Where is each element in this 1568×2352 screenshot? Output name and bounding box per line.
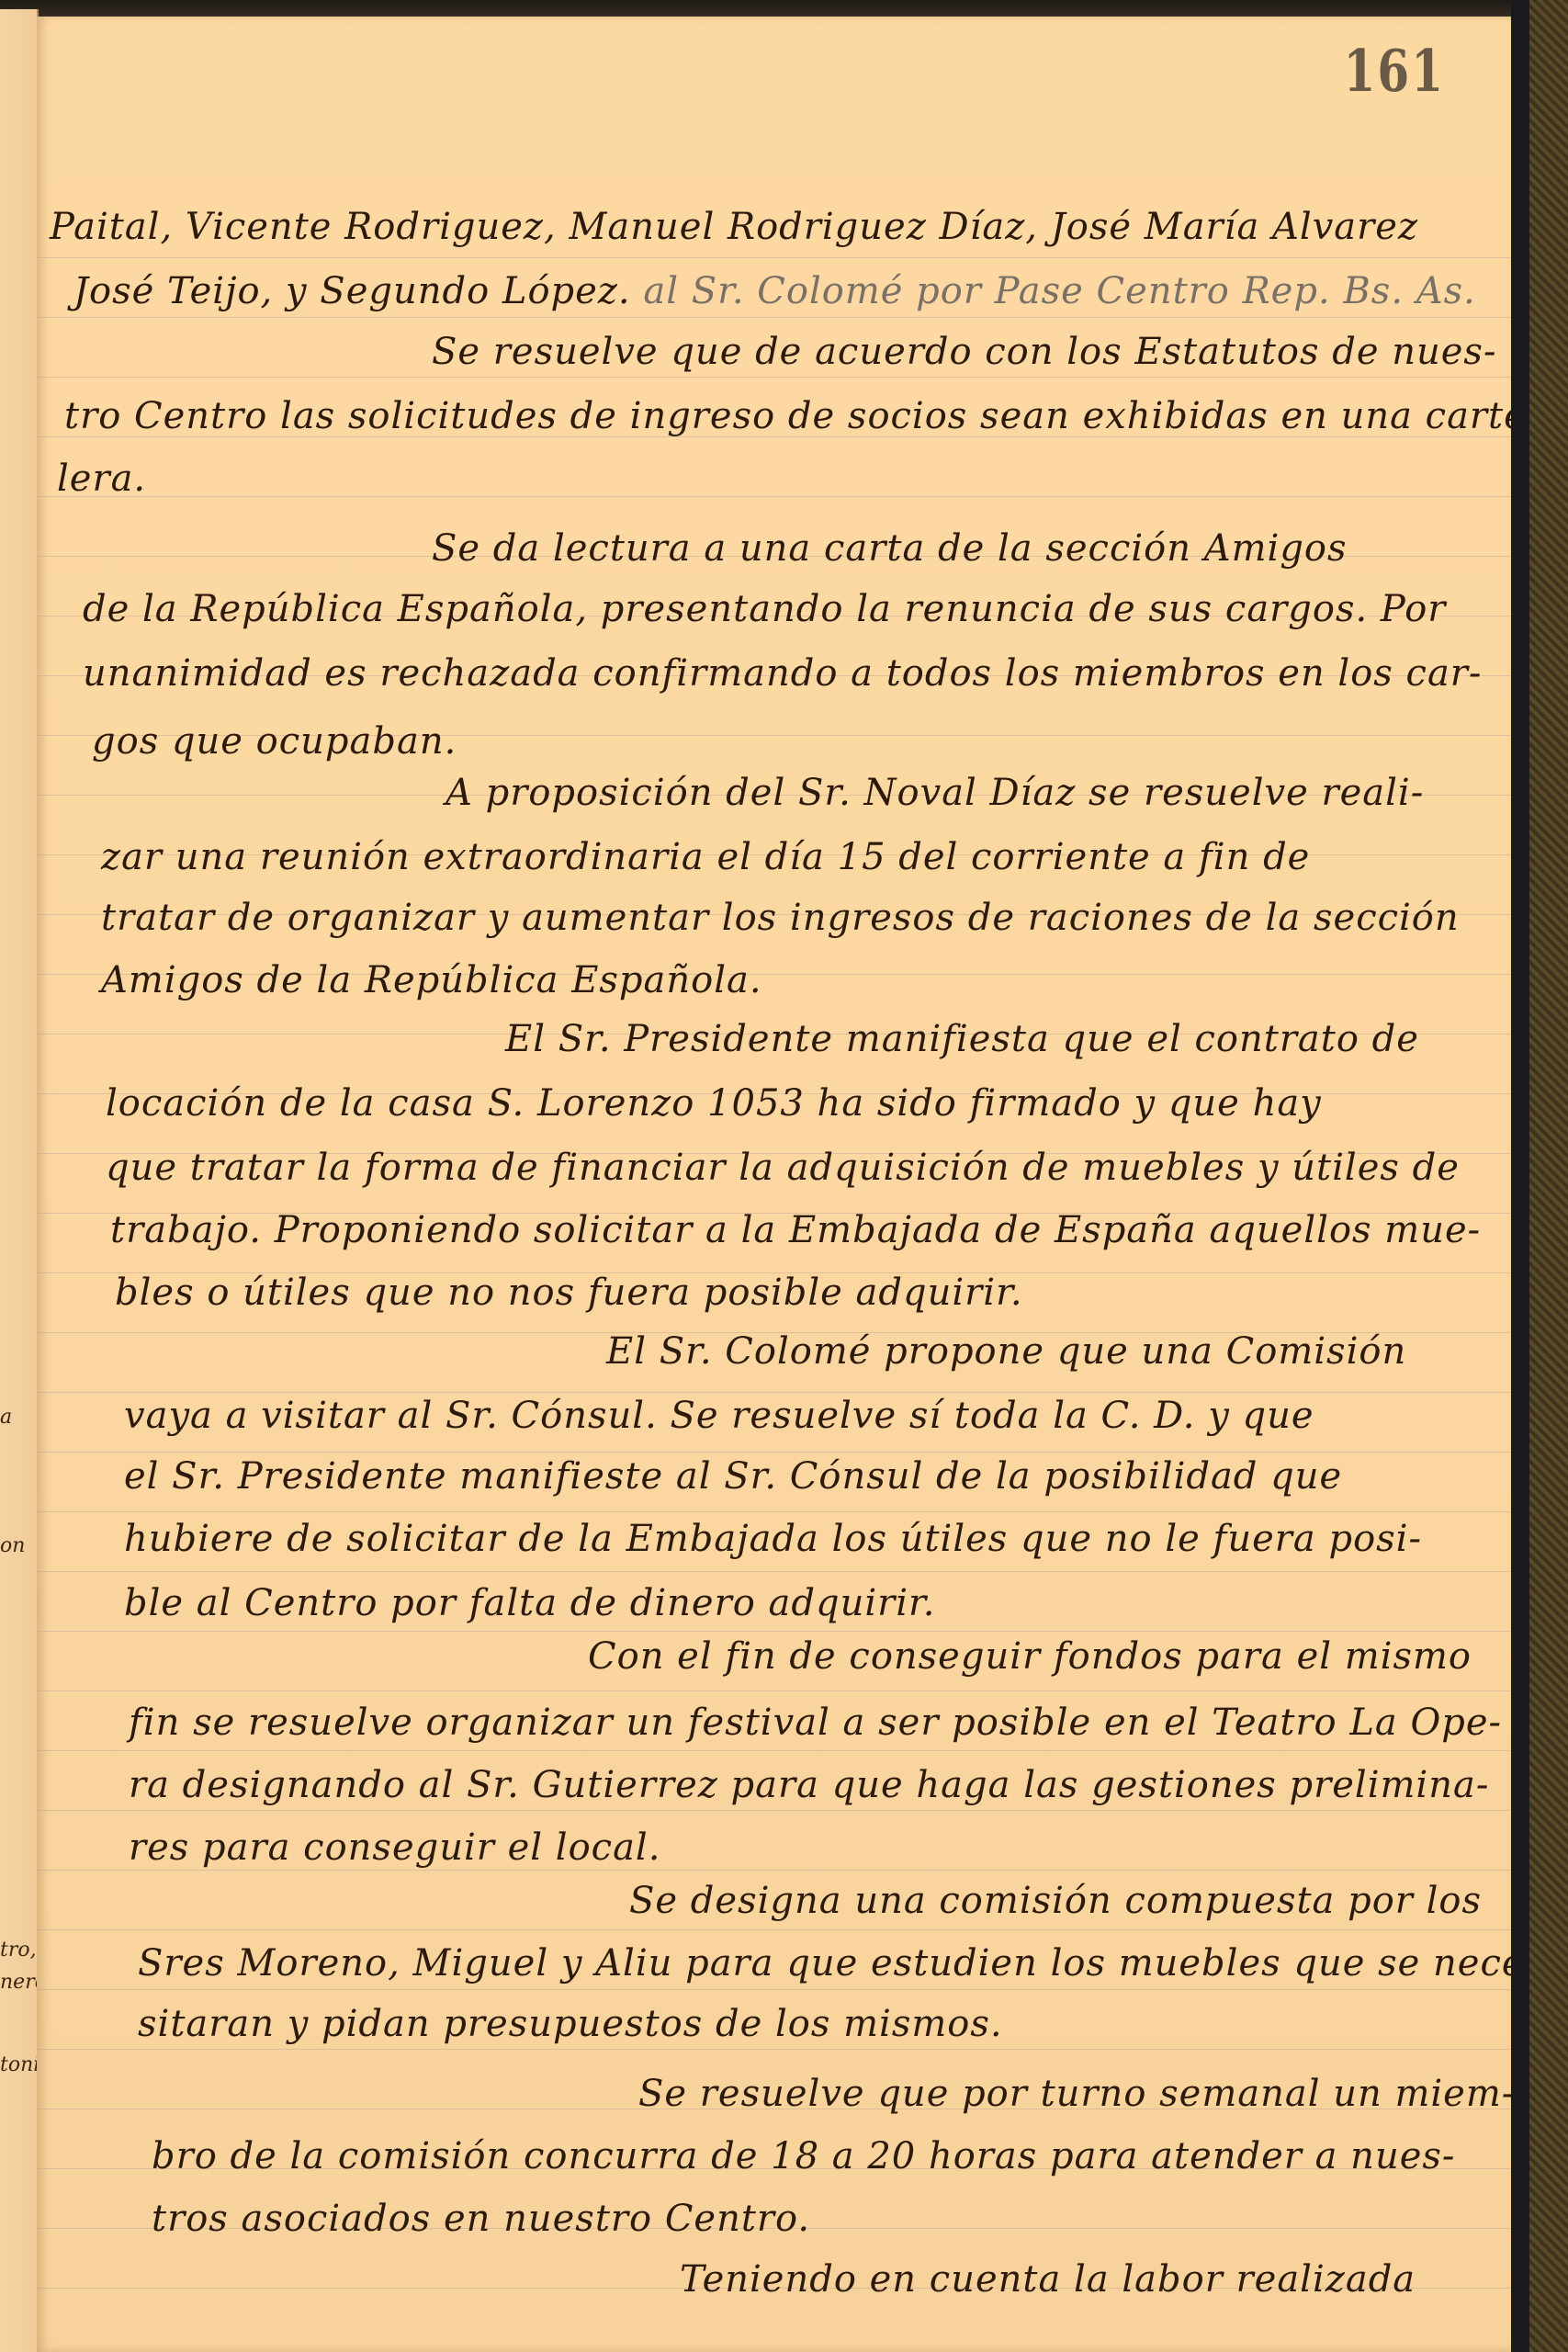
text-line: hubiere de solicitar de la Embajada los … — [124, 1518, 1422, 1560]
book-binding-edge — [1511, 0, 1529, 2352]
text-line: el Sr. Presidente manifieste al Sr. Cóns… — [124, 1455, 1342, 1498]
text-line: de la República Española, presentando la… — [83, 588, 1446, 630]
ruling-line — [37, 1750, 1511, 1751]
text-line: fin se resuelve organizar un festival a … — [129, 1702, 1502, 1744]
book-cover-cloth — [1529, 0, 1568, 2352]
text-line: sitaran y pidan presupuestos de los mism… — [138, 2003, 1003, 2045]
ruling-line — [37, 317, 1511, 318]
text-line: zar una reunión extraordinaria el día 15… — [101, 836, 1310, 878]
text-line: res para conseguir el local. — [129, 1826, 660, 1869]
text-line: locación de la casa S. Lorenzo 1053 ha s… — [106, 1082, 1322, 1125]
text-line: ra designando al Sr. Gutierrez para que … — [129, 1764, 1489, 1806]
text-line: tratar de organizar y aumentar los ingre… — [101, 897, 1460, 939]
ruling-line — [37, 1870, 1511, 1871]
text-line: Sres Moreno, Miguel y Aliu para que estu… — [138, 1942, 1538, 1984]
text-line: A proposición del Sr. Noval Díaz se resu… — [446, 772, 1424, 814]
ruling-line — [37, 1690, 1511, 1691]
ruling-line — [37, 1631, 1511, 1632]
pencil-annotation: al Sr. Colomé por Pase Centro Rep. Bs. A… — [631, 270, 1476, 312]
text-line: Con el fin de conseguir fondos para el m… — [588, 1635, 1472, 1678]
text-line: tros asociados en nuestro Centro. — [152, 2198, 810, 2240]
text-line: Se resuelve que por turno semanal un mie… — [638, 2073, 1515, 2115]
left-page-fragment: a — [0, 1406, 12, 1429]
text-line: Se da lectura a una carta de la sección … — [432, 527, 1348, 570]
ruling-line — [37, 1929, 1511, 1930]
text-line: gos que ocupaban. — [92, 720, 457, 763]
ruling-line — [37, 1392, 1511, 1393]
text-line: bro de la comisión concurra de 18 a 20 h… — [152, 2135, 1455, 2177]
left-page-fragment: tro, — [0, 1939, 37, 1962]
ruling-line — [37, 1511, 1511, 1512]
text-line: Se resuelve que de acuerdo con los Estat… — [432, 331, 1496, 373]
manuscript-page: 161 Paital, Vicente Rodriguez, Manuel Ro… — [37, 17, 1511, 2352]
text-line: El Sr. Presidente manifiesta que el cont… — [505, 1018, 1419, 1060]
left-page-fragment: nero — [0, 1971, 39, 1994]
ruling-line — [37, 257, 1511, 258]
text-line: que tratar la forma de financiar la adqu… — [106, 1147, 1460, 1189]
text-line: Teniendo en cuenta la labor realizada — [680, 2258, 1416, 2301]
ruling-line — [37, 1810, 1511, 1811]
ruling-line — [37, 1452, 1511, 1453]
text-line: José Teijo, y Segundo López. al Sr. Colo… — [73, 270, 1476, 312]
text-line: Amigos de la República Española. — [101, 959, 762, 1001]
text-line: El Sr. Colomé propone que una Comisión — [606, 1330, 1406, 1373]
text-line: tro Centro las solicitudes de ingreso de… — [64, 395, 1540, 437]
text-line: unanimidad es rechazada confirmando a to… — [83, 652, 1482, 695]
page-number: 161 — [1344, 37, 1445, 105]
text-line: lera. — [57, 458, 146, 500]
text-line: vaya a visitar al Sr. Cónsul. Se resuelv… — [124, 1395, 1314, 1437]
ruling-line — [37, 2049, 1511, 2050]
text-line: Se designa una comisión compuesta por lo… — [629, 1880, 1482, 1922]
ruling-line — [37, 496, 1511, 497]
ruling-line — [37, 377, 1511, 378]
text-line: trabajo. Proponiendo solicitar a la Emba… — [110, 1209, 1481, 1251]
left-page-fragment: tonio — [0, 2053, 39, 2076]
adjacent-left-page-edge: a on tro, nero tonio — [0, 9, 39, 2352]
ink-text: José Teijo, y Segundo López. — [73, 270, 631, 312]
ruling-line — [37, 1571, 1511, 1572]
ruling-line — [37, 1989, 1511, 1990]
left-page-fragment: on — [0, 1534, 25, 1557]
text-line: bles o útiles que no nos fuera posible a… — [115, 1272, 1023, 1314]
text-line: Paital, Vicente Rodriguez, Manuel Rodrig… — [50, 206, 1418, 248]
text-line: ble al Centro por falta de dinero adquir… — [124, 1582, 936, 1624]
